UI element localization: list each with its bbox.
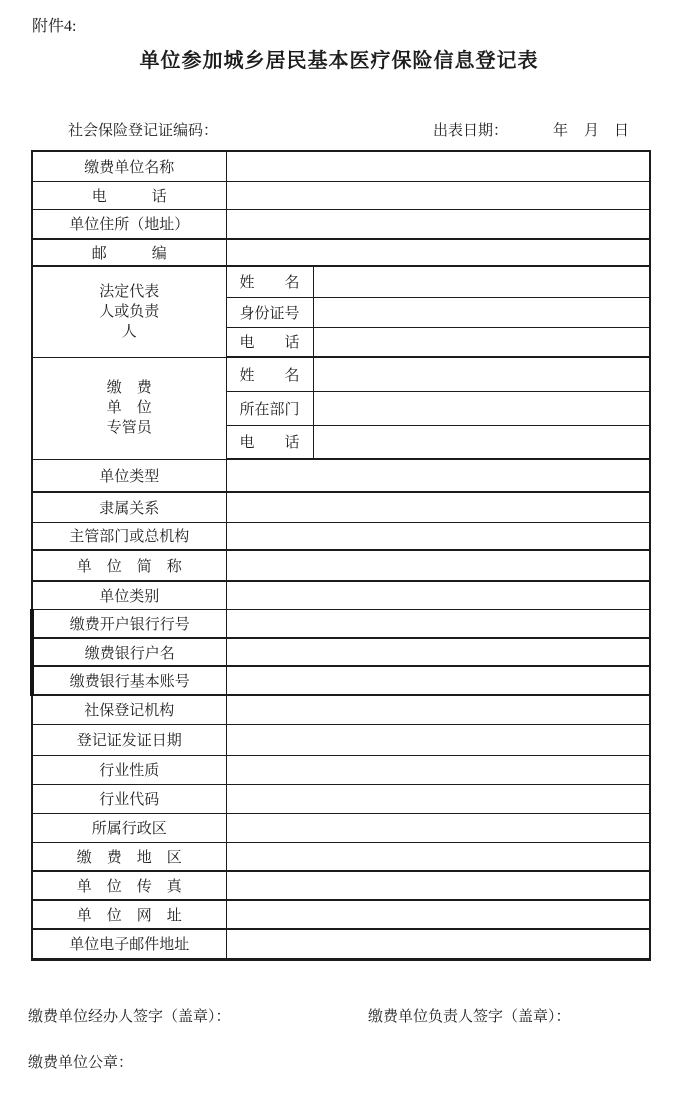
row-admin-region: 所属行政区 — [32, 813, 650, 842]
handler-signature-label: 缴费单位经办人签字（盖章）： — [28, 1005, 231, 1026]
row-industry-nature: 行业性质 — [32, 755, 650, 784]
row-admin-name: 缴 费 单 位 专管员 姓 名 — [32, 357, 650, 391]
subrow-label: 电 话 — [226, 425, 313, 459]
subrow-value — [313, 266, 650, 297]
subrow-label: 所在部门 — [226, 391, 313, 425]
form-page: 附件4: 单位参加城乡居民基本医疗保险信息登记表 社会保险登记证编码： 出表日期… — [0, 0, 678, 1106]
row-unit-type: 单位类型 — [32, 459, 650, 492]
row-label: 行业代码 — [32, 784, 226, 813]
row-value — [226, 813, 650, 842]
row-postal-code: 邮 编 — [32, 239, 650, 266]
row-value — [226, 459, 650, 492]
row-label: 主管部门或总机构 — [32, 522, 226, 550]
subrow-label: 姓 名 — [226, 357, 313, 391]
row-unit-website: 单 位 网 址 — [32, 900, 650, 929]
row-value — [226, 209, 650, 239]
row-industry-code: 行业代码 — [32, 784, 650, 813]
subrow-value — [313, 425, 650, 459]
registration-table: 缴费单位名称 电 话 单位住所（地址） 邮 编 法定代表 人或负责 人 姓 名 — [30, 150, 651, 961]
row-label: 单位电子邮件地址 — [32, 929, 226, 959]
row-value — [226, 550, 650, 581]
row-bank-account-name: 缴费银行户名 — [32, 638, 650, 666]
row-value — [226, 929, 650, 959]
row-legal-rep-name: 法定代表 人或负责 人 姓 名 — [32, 266, 650, 297]
subrow-value — [313, 297, 650, 327]
row-payment-region: 缴 费 地 区 — [32, 842, 650, 871]
row-label: 单位类别 — [32, 581, 226, 609]
row-value — [226, 492, 650, 522]
row-supervisor-org: 主管部门或总机构 — [32, 522, 650, 550]
row-value — [226, 871, 650, 900]
day-label: 日 — [614, 119, 629, 140]
row-bank-account-no: 缴费银行基本账号 — [32, 666, 650, 695]
row-value — [226, 581, 650, 609]
row-phone: 电 话 — [32, 181, 650, 209]
row-cert-issue-date: 登记证发证日期 — [32, 724, 650, 755]
social-insurance-code-label: 社会保险登记证编码： — [68, 119, 218, 140]
row-label: 缴费银行基本账号 — [32, 666, 226, 695]
issue-date-label: 出表日期： — [433, 119, 508, 140]
row-value — [226, 755, 650, 784]
subrow-label: 姓 名 — [226, 266, 313, 297]
subrow-value — [313, 327, 650, 357]
row-value — [226, 900, 650, 929]
row-label: 单 位 传 真 — [32, 871, 226, 900]
row-unit-fax: 单 位 传 真 — [32, 871, 650, 900]
form-title: 单位参加城乡居民基本医疗保险信息登记表 — [0, 44, 678, 73]
row-label: 缴费开户银行行号 — [32, 609, 226, 638]
row-label: 所属行政区 — [32, 813, 226, 842]
row-value — [226, 638, 650, 666]
row-label: 单 位 简 称 — [32, 550, 226, 581]
row-value — [226, 724, 650, 755]
row-unit-abbr: 单 位 简 称 — [32, 550, 650, 581]
row-label: 行业性质 — [32, 755, 226, 784]
row-affiliation: 隶属关系 — [32, 492, 650, 522]
row-value — [226, 666, 650, 695]
row-unit-email: 单位电子邮件地址 — [32, 929, 650, 959]
official-seal-label: 缴费单位公章： — [28, 1051, 133, 1072]
row-value — [226, 181, 650, 209]
row-unit-name: 缴费单位名称 — [32, 151, 650, 181]
row-label: 邮 编 — [32, 239, 226, 266]
row-value — [226, 842, 650, 871]
row-unit-category: 单位类别 — [32, 581, 650, 609]
leader-signature-label: 缴费单位负责人签字（盖章）： — [368, 1005, 571, 1026]
subrow-label: 身份证号 — [226, 297, 313, 327]
row-label: 缴费银行户名 — [32, 638, 226, 666]
row-label: 社保登记机构 — [32, 695, 226, 724]
row-address: 单位住所（地址） — [32, 209, 650, 239]
row-value — [226, 695, 650, 724]
meta-row: 社会保险登记证编码： 出表日期： 年 月 日 — [0, 119, 678, 141]
row-value — [226, 609, 650, 638]
row-ss-reg-org: 社保登记机构 — [32, 695, 650, 724]
attachment-label: 附件4: — [32, 13, 76, 36]
year-label: 年 — [553, 119, 568, 140]
group-label-admin: 缴 费 单 位 专管员 — [32, 357, 226, 459]
row-value — [226, 151, 650, 181]
group-label-legal-rep: 法定代表 人或负责 人 — [32, 266, 226, 357]
row-label: 单 位 网 址 — [32, 900, 226, 929]
row-value — [226, 239, 650, 266]
subrow-value — [313, 357, 650, 391]
subrow-value — [313, 391, 650, 425]
row-label: 隶属关系 — [32, 492, 226, 522]
row-label: 缴 费 地 区 — [32, 842, 226, 871]
row-label: 电 话 — [32, 181, 226, 209]
row-label: 缴费单位名称 — [32, 151, 226, 181]
row-label: 单位类型 — [32, 459, 226, 492]
row-value — [226, 784, 650, 813]
subrow-label: 电 话 — [226, 327, 313, 357]
month-label: 月 — [584, 119, 599, 140]
row-value — [226, 522, 650, 550]
row-label: 登记证发证日期 — [32, 724, 226, 755]
row-label: 单位住所（地址） — [32, 209, 226, 239]
row-bank-branch-no: 缴费开户银行行号 — [32, 609, 650, 638]
